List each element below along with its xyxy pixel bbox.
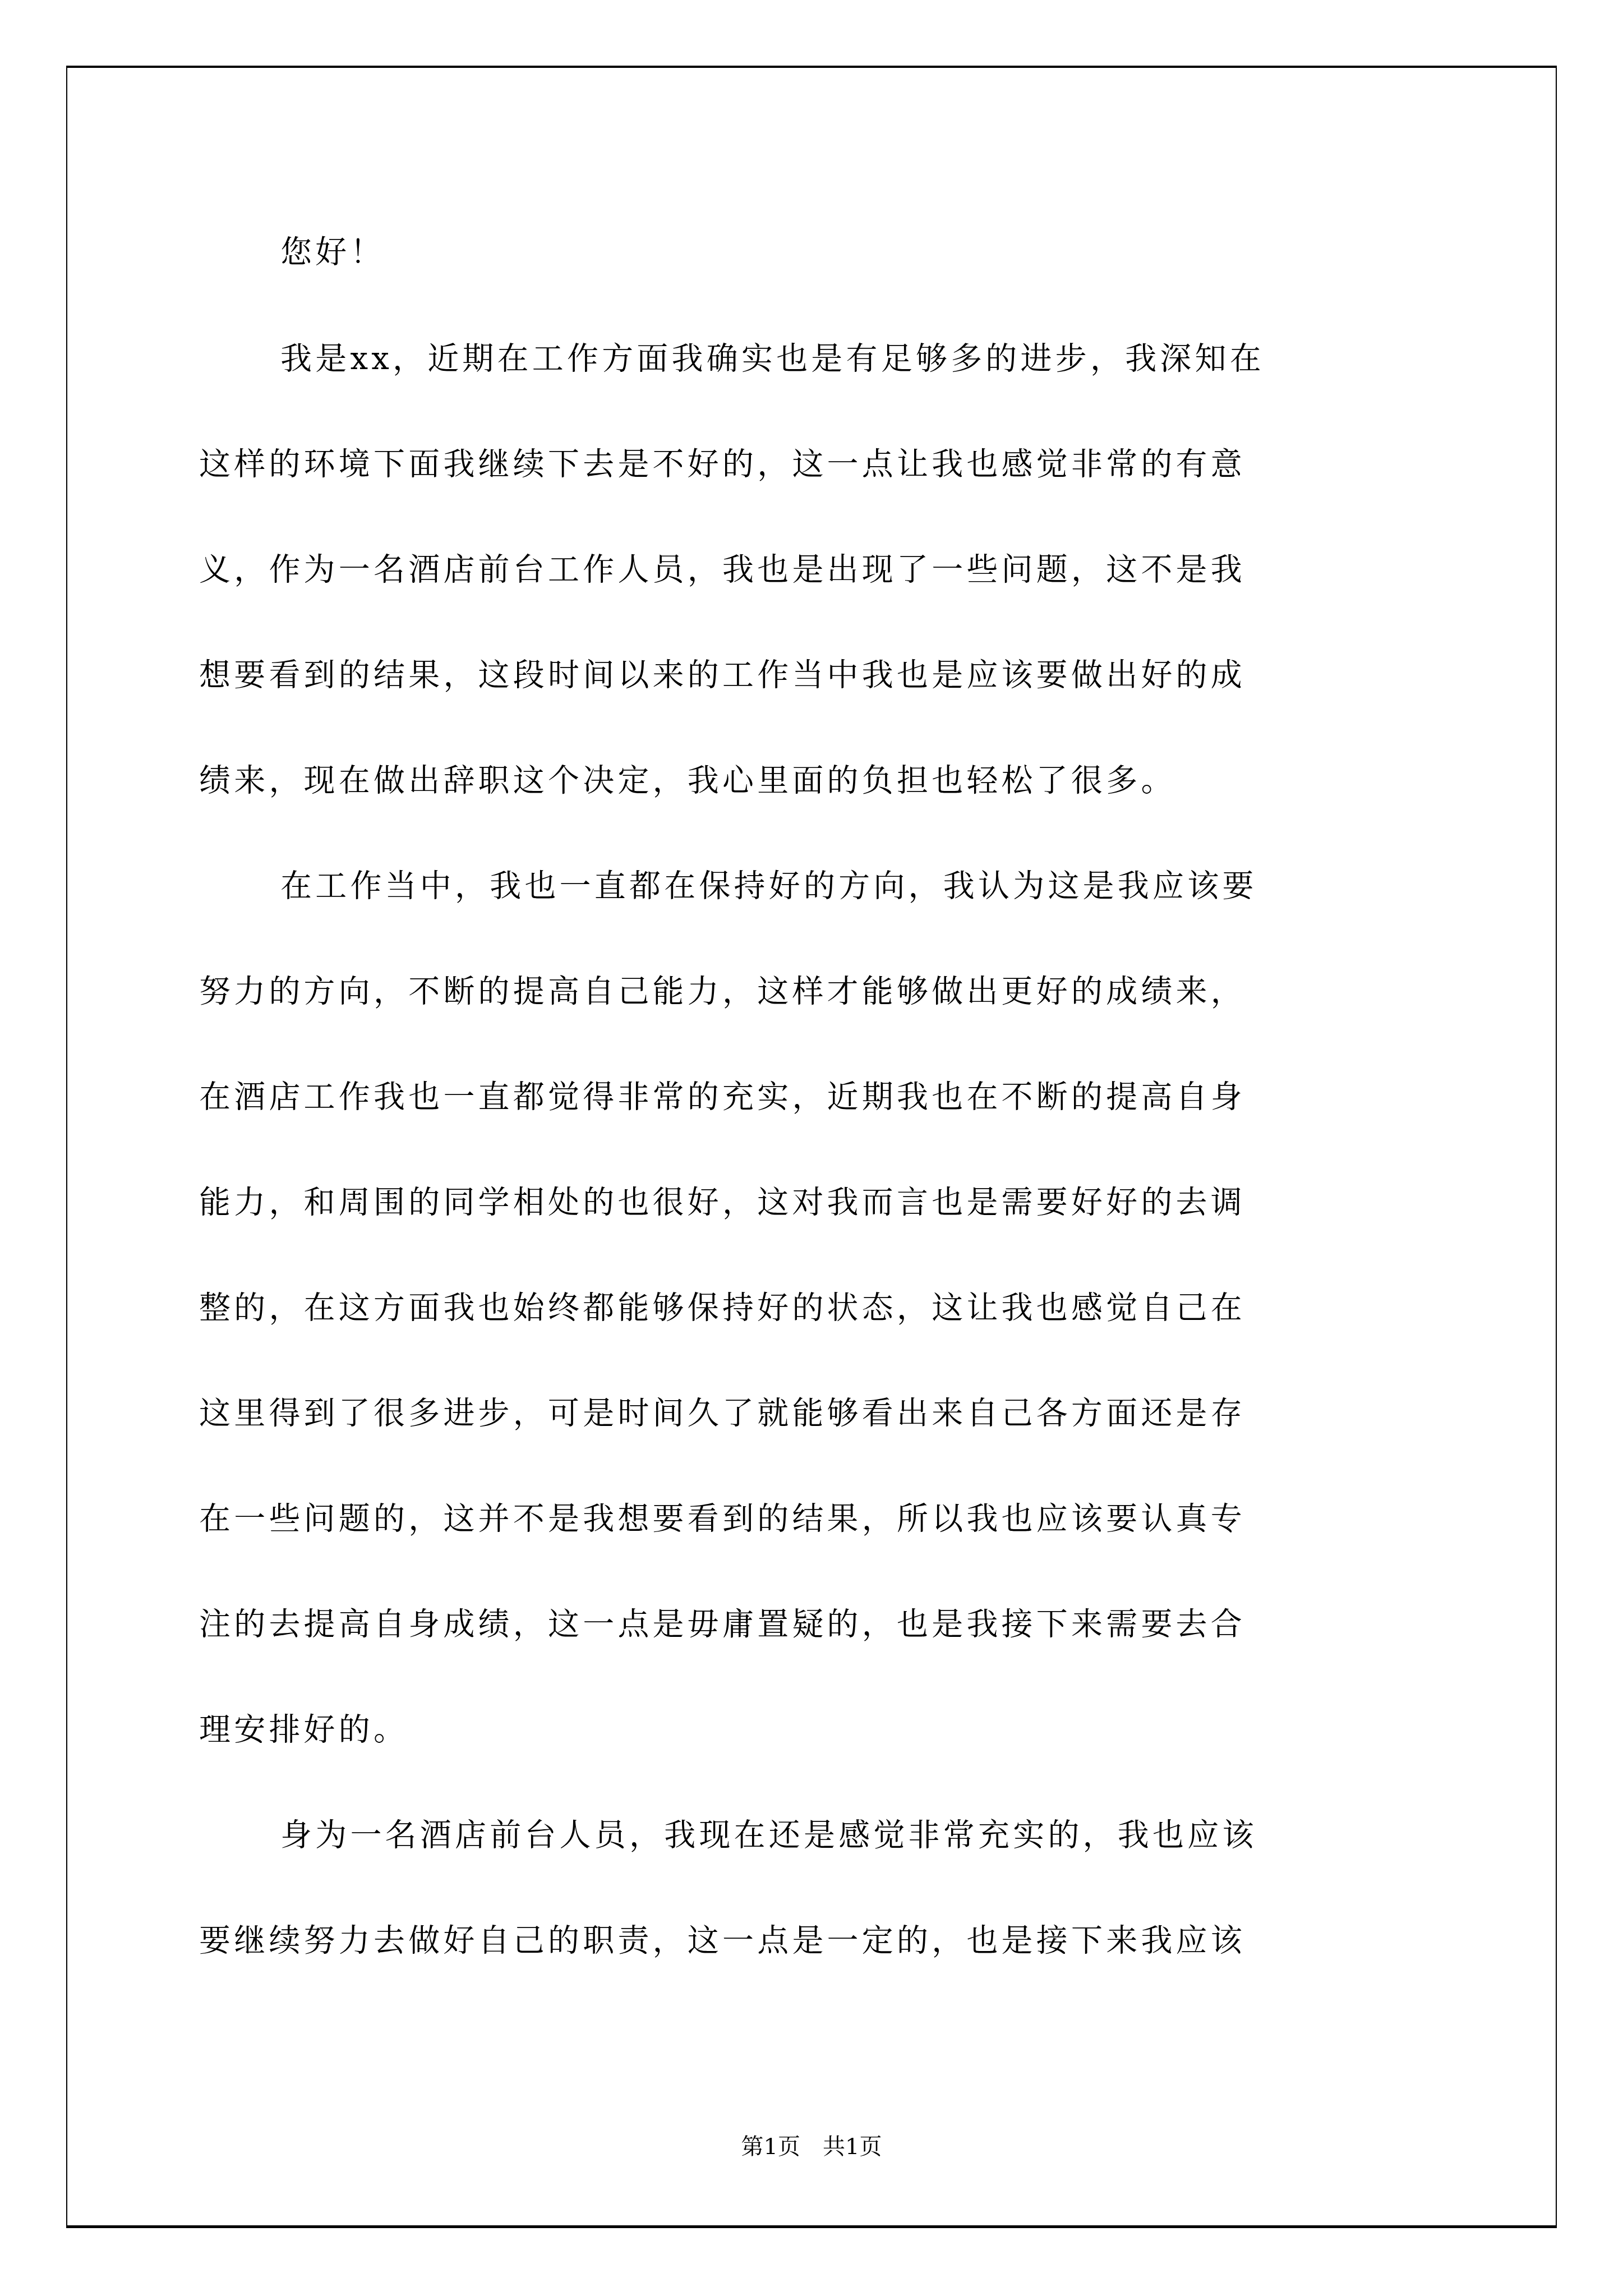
greeting: 您好！ xyxy=(280,230,385,275)
text-line: 想要看到的结果，这段时间以来的工作当中我也是应该要做出好的成 xyxy=(199,653,1246,698)
text-line: 在酒店工作我也一直都觉得非常的充实，近期我也在不断的提高自身 xyxy=(199,1075,1246,1120)
text-line: 能力，和周围的同学相处的也很好，这对我而言也是需要好好的去调 xyxy=(199,1180,1246,1225)
text-line: 在工作当中，我也一直都在保持好的方向，我认为这是我应该要 xyxy=(280,864,1257,909)
text-line: 绩来，现在做出辞职这个决定，我心里面的负担也轻松了很多。 xyxy=(199,758,1176,803)
text-line: 整的，在这方面我也始终都能够保持好的状态，这让我也感觉自己在 xyxy=(199,1286,1246,1331)
text-line: 我是xx，近期在工作方面我确实也是有足够多的进步，我深知在 xyxy=(280,337,1265,381)
text-line: 在一些问题的，这并不是我想要看到的结果，所以我也应该要认真专 xyxy=(199,1497,1246,1542)
page-footer: 第1页 共1页 xyxy=(0,2129,1623,2161)
text-line: 这里得到了很多进步，可是时间久了就能够看出来自己各方面还是存 xyxy=(199,1391,1246,1436)
page-border xyxy=(66,66,1557,2228)
text-line: 身为一名酒店前台人员，我现在还是感觉非常充实的，我也应该 xyxy=(280,1813,1257,1858)
text-line: 努力的方向，不断的提高自己能力，这样才能够做出更好的成绩来， xyxy=(199,969,1246,1014)
text-line: 理安排好的。 xyxy=(199,1708,408,1752)
text-line: 义，作为一名酒店前台工作人员，我也是出现了一些问题，这不是我 xyxy=(199,547,1246,592)
text-line: 这样的环境下面我继续下去是不好的，这一点让我也感觉非常的有意 xyxy=(199,442,1246,487)
text-line: 注的去提高自身成绩，这一点是毋庸置疑的，也是我接下来需要去合 xyxy=(199,1602,1246,1647)
text-line: 要继续努力去做好自己的职责，这一点是一定的，也是接下来我应该 xyxy=(199,1918,1246,1963)
